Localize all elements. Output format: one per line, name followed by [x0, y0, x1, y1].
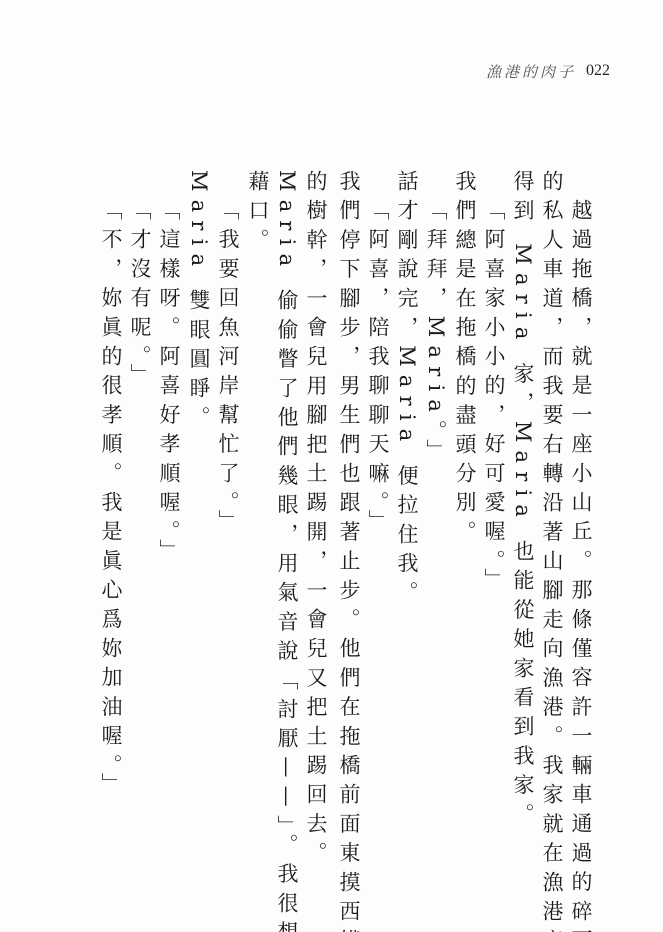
dialogue-column: 「不，妳眞的很孝順。我是眞心爲妳加油喔。」: [96, 170, 125, 859]
text-column: 的樹幹，一會兒用腳把土踢開，一會兒又把土踢回去。: [301, 170, 330, 830]
dialogue-column: 「這樣呀。阿喜好孝順喔。」: [154, 170, 183, 859]
dialogue-column: 「阿喜家小小的，好可愛喔。」: [479, 170, 508, 859]
dialogue-column: 「阿喜，陪我聊聊天嘛。」: [363, 170, 392, 859]
page-number: 022: [586, 62, 610, 80]
text-column: Maria 雙眼圓睜。: [184, 170, 213, 830]
running-header: 漁港的肉子 022: [440, 58, 610, 84]
dialogue-column: 「拜拜，Maria。」: [421, 170, 450, 859]
dialogue-column: 「我要回魚河岸幫忙了。」: [213, 170, 242, 859]
book-page: 漁港的肉子 022 越過拖橋，就是一座小山丘。那條僅容許一輛車通過的碎石子路，是…: [0, 0, 663, 932]
dialogue-column: 「才沒有呢。」: [125, 170, 154, 859]
text-column: 越過拖橋，就是一座小山丘。那條僅容許一輛車通過的碎石子路，是通往 Maria 家: [566, 170, 595, 859]
text-column: Maria 偷偷瞥了他們幾眼，用氣音說「討厭——」。我很想早點回家，於是編了個: [272, 170, 301, 830]
text-column: 得到 Maria 家，Maria 也能從她家看到我家。: [508, 170, 537, 830]
text-column: 我們停下腳步，男生們也跟著止步。他們在拖橋前面東摸西摸，一會兒削削大榆樹: [334, 170, 363, 830]
book-title: 漁港的肉子: [486, 61, 576, 82]
text-column: 的私人車道，而我要右轉沿著山腳走向漁港。我家就在漁港旁邊。因此，從我家可以看: [537, 170, 566, 830]
text-column: 我們總是在拖橋的盡頭分別。: [450, 170, 479, 830]
text-column: 話才剛說完，Maria 便拉住我。: [392, 170, 421, 830]
text-column: 藉口。: [243, 170, 272, 830]
